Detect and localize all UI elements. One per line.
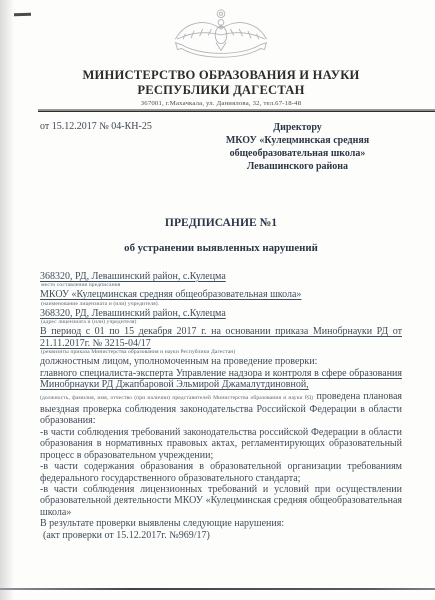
organization-line: МКОУ «Кулецминская средняя общеобразоват… (40, 289, 402, 300)
addressee-line: МКОУ «Кулецминская средняя (226, 135, 369, 146)
document-body: 368320, РД, Левашинский район, с.Кулецма… (40, 271, 402, 541)
addressee-line: Директору (273, 122, 322, 133)
reference-row: от 15.12.2017 № 04-КН-25 Директору МКОУ … (40, 121, 402, 174)
document-page: МИНИСТЕРСТВО ОБРАЗОВАНИЯ И НАУКИ РЕСПУБЛ… (0, 0, 435, 600)
official-caption-inline: (должность, фамилия, имя, отчество (при … (40, 395, 313, 401)
ministry-address: 367001, г.Махачкала, ул. Даниялова, 32, … (40, 100, 402, 107)
document-title: ПРЕДПИСАНИЕ №1 (40, 216, 402, 229)
official-intro-line: должностным лицом, уполномоченным на про… (40, 356, 402, 367)
violation-scope-item: -в части содержания образования в образо… (40, 461, 402, 484)
addressee-line: общеобразовательная школа» (230, 148, 366, 159)
inspection-paragraph: (должность, фамилия, имя, отчество (при … (40, 391, 402, 427)
result-line: В результате проверки выявлены следующие… (40, 518, 402, 529)
organization-caption: (наименование лицензиата и (или) учредит… (41, 301, 402, 308)
ministry-title-line2: РЕСПУБЛИКИ ДАГЕСТАН (137, 83, 304, 97)
scan-page-edge (0, 588, 435, 590)
addressee-line: Левашинского района (247, 161, 348, 172)
place-line: 368320, РД, Левашинский район, с.Кулецма (40, 271, 402, 282)
addressee-block: Директору МКОУ «Кулецминская средняя общ… (195, 121, 400, 174)
order-caption: (реквизиты приказа Министерства образова… (41, 349, 402, 356)
ministry-title-line1: МИНИСТЕРСТВО ОБРАЗОВАНИЯ И НАУКИ (82, 68, 359, 82)
document-subtitle: об устранении выявленных нарушений (40, 242, 402, 254)
order-period-paragraph: В период с 01 по 15 декабря 2017 г. на о… (40, 326, 402, 349)
document-date-number: от 15.12.2017 № 04-КН-25 (40, 121, 152, 132)
act-reference-line: (акт проверки от 15.12.2017г. №969/17) (43, 530, 402, 541)
violation-scope-item: -в части соблюдения требований законодат… (40, 427, 402, 461)
official-paragraph: главного специалиста-эксперта Управление… (40, 368, 402, 391)
emblem-container (40, 6, 402, 64)
ministry-title: МИНИСТЕРСТВО ОБРАЗОВАНИЯ И НАУКИ РЕСПУБЛ… (40, 68, 402, 98)
header-divider (38, 109, 435, 112)
address-line: 368320, РД, Левашинский район, с.Кулецма (40, 308, 402, 319)
address-caption: (адрес лицензиата и (или) учредителя) (41, 319, 402, 326)
place-caption: место составления предписания (41, 282, 402, 289)
dagestan-coat-of-arms-icon (166, 6, 276, 64)
violation-scope-item: -в части соблюдения лицензионных требова… (40, 484, 402, 518)
scanned-document: МИНИСТЕРСТВО ОБРАЗОВАНИЯ И НАУКИ РЕСПУБЛ… (0, 0, 435, 600)
